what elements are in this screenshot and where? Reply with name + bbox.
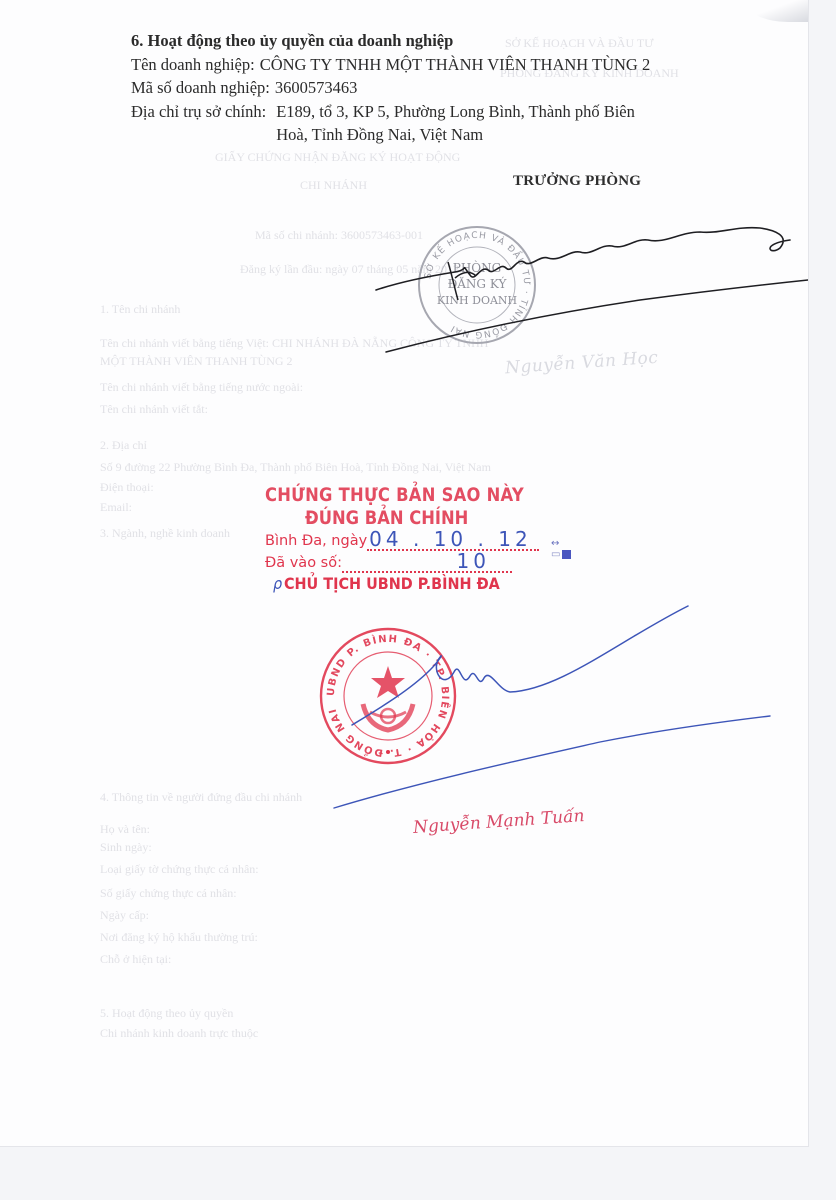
ghost-text-line: Sinh ngày: (100, 840, 152, 855)
address-label: Địa chỉ trụ sở chính: (131, 100, 266, 147)
ghost-text-line: Số giấy chứng thực cá nhân: (100, 886, 237, 901)
certification-stamp: CHỨNG THỰC BẢN SAO NÀY ĐÚNG BẢN CHÍNH Bì… (265, 484, 566, 593)
document-page: SỞ KẾ HOẠCH VÀ ĐẦU TƯPHÒNG ĐĂNG KÝ KINH … (0, 0, 809, 1147)
square-mark-icon (562, 550, 571, 559)
certification-heading: CHỨNG THỰC BẢN SAO NÀY (265, 484, 524, 506)
tax-code-label: Mã số doanh nghiệp: (131, 76, 270, 100)
ghost-text-line: MỘT THÀNH VIÊN THANH TÙNG 2 (100, 354, 293, 369)
certifier-name: Nguyễn Mạnh Tuấn (413, 806, 586, 838)
ghost-text-line: Chỗ ở hiện tại: (100, 952, 171, 967)
ghost-text-line: Số 9 đường 22 Phường Bình Đa, Thành phố … (100, 460, 491, 475)
tax-code-value: 3600573463 (270, 76, 358, 100)
certification-book-value: 10 (342, 551, 512, 573)
signatory-title: TRƯỞNG PHÒNG (513, 173, 641, 190)
section-heading: 6. Hoạt động theo ủy quyền của doanh ngh… (131, 29, 650, 53)
ghost-text-line: CHI NHÁNH (300, 178, 367, 193)
ghost-text-line: Điện thoại: (100, 480, 154, 495)
svg-text:ĐĂNG KÝ: ĐĂNG KÝ (448, 276, 508, 291)
certification-chairman: ρCHỦ TỊCH UBND P.BÌNH ĐA (273, 574, 537, 593)
certification-book-label: Đã vào số: (265, 553, 342, 573)
ghost-text-line: 3. Ngành, nghề kinh doanh (100, 526, 230, 541)
section-authorized-activity: 6. Hoạt động theo ủy quyền của doanh ngh… (131, 29, 650, 147)
ghost-text-line: Chi nhánh kinh doanh trực thuộc (100, 1026, 258, 1041)
certification-subheading: ĐÚNG BẢN CHÍNH (305, 507, 530, 529)
address-value: E189, tổ 3, KP 5, Phường Long Bình, Thàn… (266, 100, 646, 147)
ghost-text-line: Mã số chi nhánh: 3600573463-001 (255, 228, 423, 243)
certification-date-label: Bình Đa, ngày (265, 531, 367, 551)
ghost-text-line: 4. Thông tin về người đứng đầu chi nhánh (100, 790, 302, 805)
ghost-text-line: 5. Hoạt động theo ủy quyền (100, 1006, 233, 1021)
svg-text:KINH DOANH: KINH DOANH (437, 294, 517, 307)
ward-committee-seal: UBND P. BÌNH ĐA · TP. BIÊN HÒA · T. ĐỒNG… (318, 626, 458, 771)
page-curl (748, 0, 808, 22)
ghost-text-line: GIẤY CHỨNG NHẬN ĐĂNG KÝ HOẠT ĐỘNG (215, 150, 460, 165)
ghost-text-line: Tên chi nhánh viết bằng tiếng nước ngoài… (100, 380, 303, 395)
chairman-title: CHỦ TỊCH UBND P.BÌNH ĐA (284, 574, 500, 593)
ghost-text-line: Email: (100, 500, 132, 515)
certification-date-value: 04 . 10 . 12 (367, 529, 539, 551)
address-row: Địa chỉ trụ sở chính: E189, tổ 3, KP 5, … (131, 100, 650, 147)
certification-book-row: Đã vào số: 10 (265, 551, 566, 573)
business-registration-seal: SỞ KẾ HOẠCH VÀ ĐẦU TƯ · TỈNH ĐỒNG NAI PH… (416, 224, 538, 351)
ink-stamp-mark: ↔ ▭ (551, 538, 571, 560)
ghost-text-line: 1. Tên chi nhánh (100, 302, 180, 317)
ghost-text-line: Ngày cấp: (100, 908, 149, 923)
ghost-text-line: Loại giấy tờ chứng thực cá nhân: (100, 862, 259, 877)
signatory-name: Nguyễn Văn Học (504, 348, 658, 379)
arrow-icon: ↔ (551, 538, 571, 549)
ghost-text-line: Họ và tên: (100, 822, 150, 837)
ghost-text-line: 2. Địa chỉ (100, 438, 147, 453)
ghost-text-line: Tên chi nhánh viết tắt: (100, 402, 208, 417)
company-name-row: Tên doanh nghiệp: CÔNG TY TNHH MỘT THÀNH… (131, 53, 650, 77)
svg-text:PHÒNG: PHÒNG (453, 259, 501, 275)
tax-code-row: Mã số doanh nghiệp: 3600573463 (131, 76, 650, 100)
certification-date-row: Bình Đa, ngày 04 . 10 . 12 (265, 529, 566, 551)
company-name-label: Tên doanh nghiệp: (131, 53, 255, 77)
company-name-value: CÔNG TY TNHH MỘT THÀNH VIÊN THANH TÙNG 2 (255, 53, 651, 77)
handwritten-mark: ρ (273, 574, 282, 593)
ghost-text-line: Nơi đăng ký hộ khẩu thường trú: (100, 930, 258, 945)
